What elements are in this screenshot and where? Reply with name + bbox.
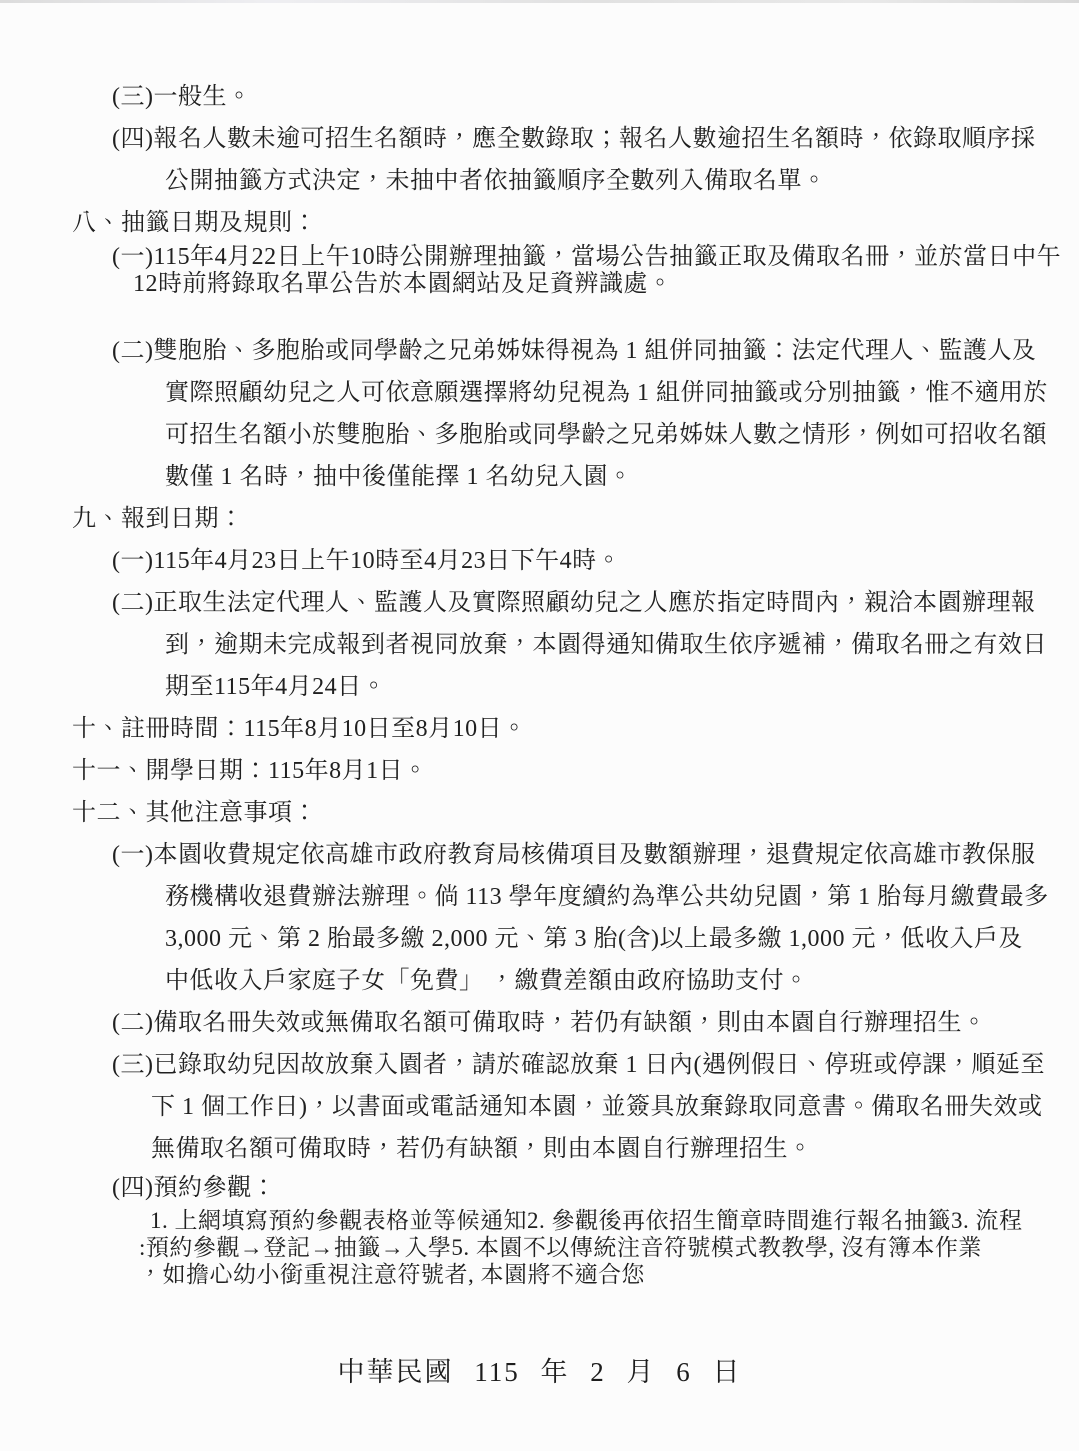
text-line: (一)本園收費規定依高雄市政府教育局核備項目及數額辦理，退費規定依高雄市教保服 (0, 834, 1079, 876)
text-line: 數僅 1 名時，抽中後僅能擇 1 名幼兒入園。 (0, 456, 1079, 498)
block-sub-1: (四)報名人數未逾可招生名額時，應全數錄取；報名人數逾招生名額時，依錄取順序採公… (0, 118, 1079, 202)
text-line: (三)已錄取幼兒因故放棄入園者，請於確認放棄 1 日內(遇例假日、停班或停課，順… (0, 1044, 1079, 1086)
block-sub-12: (二)備取名冊失效或無備取名額可備取時，若仍有缺額，則由本園自行辦理招生。 (0, 1002, 1079, 1044)
block-top-10: 十二、其他注意事項： (0, 792, 1079, 834)
text-line: 期至115年4月24日。 (0, 666, 1079, 708)
text-line: 九、報到日期： (0, 498, 1079, 540)
block-sub-14: (四)預約參觀： (0, 1170, 1079, 1207)
block-sub-7: (二)正取生法定代理人、監護人及實際照顧幼兒之人應於指定時間內，親洽本園辦理報到… (0, 582, 1079, 708)
text-line: 十、註冊時間：115年8月10日至8月10日。 (0, 708, 1079, 750)
text-line: (二)正取生法定代理人、監護人及實際照顧幼兒之人應於指定時間內，親洽本園辦理報 (0, 582, 1079, 624)
text-line: (三)一般生。 (0, 76, 1079, 118)
block-sub-0: (三)一般生。 (0, 76, 1079, 118)
scan-edge-artifact (0, 0, 1079, 3)
text-line: ，如擔心幼小銜重視注意符號者, 本園將不適合您 (0, 1261, 1079, 1288)
text-line: (一)115年4月23日上午10時至4月23日下午4時。 (0, 540, 1079, 582)
text-line: 實際照顧幼兒之人可依意願選擇將幼兒視為 1 組併同抽籤或分別抽籤，惟不適用於 (0, 372, 1079, 414)
block-sub-13: (三)已錄取幼兒因故放棄入園者，請於確認放棄 1 日內(遇例假日、停班或停課，順… (0, 1044, 1079, 1170)
text-line: :預約參觀→登記→抽籤→入學5. 本園不以傳統注音符號模式教教學, 沒有簿本作業 (0, 1234, 1079, 1261)
text-line: 務機構收退費辦法辦理。倘 113 學年度續約為準公共幼兒園，第 1 胎每月繳費最… (0, 876, 1079, 918)
text-line: 公開抽籤方式決定，未抽中者依抽籤順序全數列入備取名單。 (0, 160, 1079, 202)
text-line: 無備取名額可備取時，若仍有缺額，則由本園自行辦理招生。 (0, 1128, 1079, 1170)
text-line: (四)報名人數未逾可招生名額時，應全數錄取；報名人數逾招生名額時，依錄取順序採 (0, 118, 1079, 160)
text-line: 十一、開學日期：115年8月1日。 (0, 750, 1079, 792)
block-sub-11: (一)本園收費規定依高雄市政府教育局核備項目及數額辦理，退費規定依高雄市教保服務… (0, 834, 1079, 1002)
text-line: (一)115年4月22日上午10時公開辦理抽籤，當場公告抽籤正取及備取名冊，並於… (0, 244, 1079, 271)
text-line: 1. 上網填寫預約參觀表格並等候通知2. 參觀後再依招生簡章時間進行報名抽籤3.… (0, 1207, 1079, 1234)
block-sub-4: (二)雙胞胎、多胞胎或同學齡之兄弟姊妹得視為 1 組併同抽籤：法定代理人、監護人… (0, 330, 1079, 498)
document-body: (三)一般生。(四)報名人數未逾可招生名額時，應全數錄取；報名人數逾招生名額時，… (0, 76, 1079, 1288)
text-line: 下 1 個工作日)，以書面或電話通知本園，並簽具放棄錄取同意書。備取名冊失效或 (0, 1086, 1079, 1128)
text-line: 到，逾期未完成報到者視同放棄，本園得通知備取生依序遞補，備取名冊之有效日 (0, 624, 1079, 666)
text-line: 十二、其他注意事項： (0, 792, 1079, 834)
block-top-5: 九、報到日期： (0, 498, 1079, 540)
document-page: (三)一般生。(四)報名人數未逾可招生名額時，應全數錄取；報名人數逾招生名額時，… (0, 0, 1079, 1389)
block-top-8: 十、註冊時間：115年8月10日至8月10日。 (0, 708, 1079, 750)
block-top-9: 十一、開學日期：115年8月1日。 (0, 750, 1079, 792)
text-line: 3,000 元、第 2 胎最多繳 2,000 元、第 3 胎(含)以上最多繳 1… (0, 918, 1079, 960)
text-line: (二)雙胞胎、多胞胎或同學齡之兄弟姊妹得視為 1 組併同抽籤：法定代理人、監護人… (0, 330, 1079, 372)
text-line: 八、抽籤日期及規則： (0, 202, 1079, 244)
document-footer-date: 中華民國 115 年 2 月 6 日 (0, 1350, 1079, 1389)
block-sub-6: (一)115年4月23日上午10時至4月23日下午4時。 (0, 540, 1079, 582)
block-list-15: 1. 上網填寫預約參觀表格並等候通知2. 參觀後再依招生簡章時間進行報名抽籤3.… (0, 1207, 1079, 1288)
block-sub-3: (一)115年4月22日上午10時公開辦理抽籤，當場公告抽籤正取及備取名冊，並於… (0, 244, 1079, 298)
text-line: (二)備取名冊失效或無備取名額可備取時，若仍有缺額，則由本園自行辦理招生。 (0, 1002, 1079, 1044)
text-line: 12時前將錄取名單公告於本園網站及足資辨識處。 (0, 271, 1079, 298)
block-top-2: 八、抽籤日期及規則： (0, 202, 1079, 244)
text-line: 可招生名額小於雙胞胎、多胞胎或同學齡之兄弟姊妹人數之情形，例如可招收名額 (0, 414, 1079, 456)
text-line: 中低收入戶家庭子女「免費」 ，繳費差額由政府協助支付。 (0, 960, 1079, 1002)
text-line: (四)預約參觀： (0, 1170, 1079, 1207)
